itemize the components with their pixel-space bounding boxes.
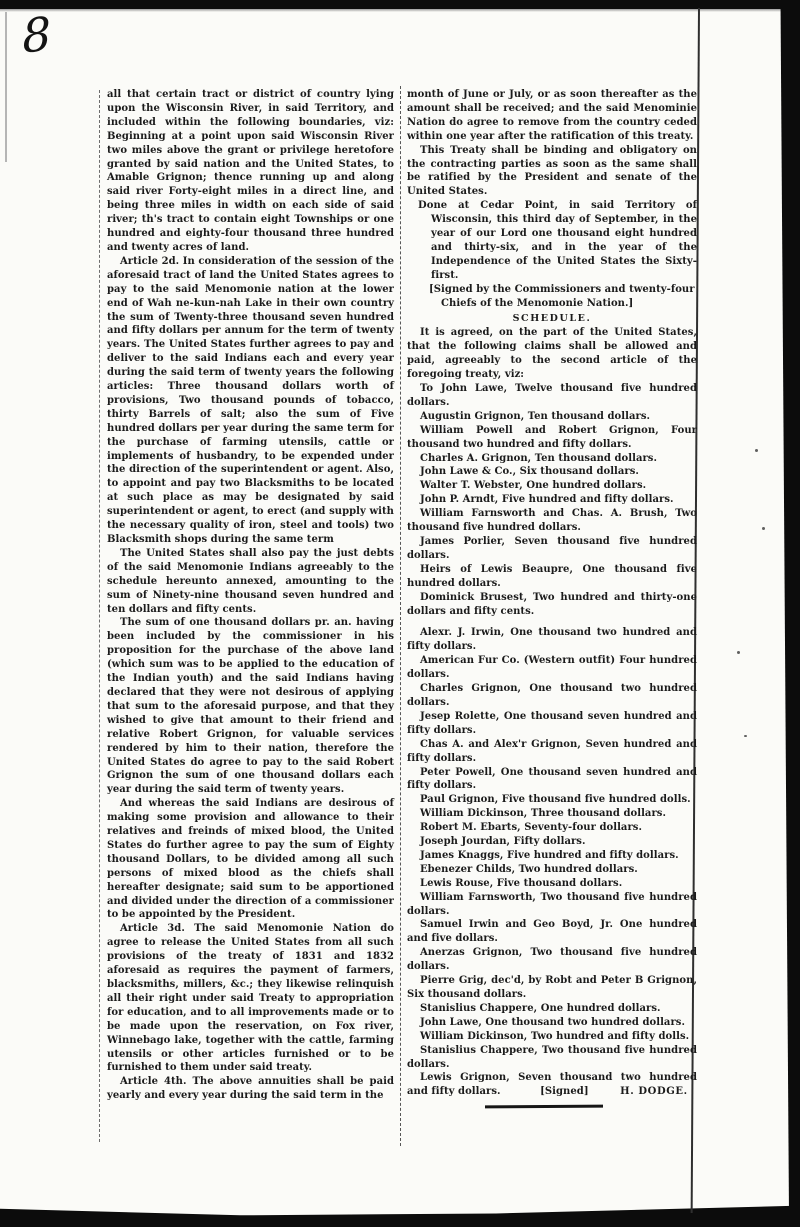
handwritten-page-number: 8 [21,6,53,64]
claim-item: Paul Grignon, Five thousand five hundred… [407,793,697,807]
claim-item: Jesep Rolette, One thousand seven hundre… [407,710,697,738]
signed-label: [Signed] [540,1086,589,1097]
left-column: all that certain tract or district of co… [107,88,394,1103]
claim-item: Charles A. Grignon, Ten thousand dollars… [407,452,697,466]
signer-name: H. DODGE. [620,1086,688,1097]
treaty-paragraph: Article 2d. In consideration of the sess… [107,255,394,547]
left-column-rule [99,90,100,1142]
claim-item: Alexr. J. Irwin, One thousand two hundre… [407,626,697,654]
treaty-paragraph: Article 4th. The above annuities shall b… [107,1075,394,1103]
right-column: month of June or July, or as soon therea… [407,88,697,1108]
treaty-paragraph: The United States shall also pay the jus… [107,547,394,617]
claim-item: Walter T. Webster, One hundred dollars. [407,479,697,493]
claim-item: Lewis Rouse, Five thousand dollars. [407,877,697,891]
scan-edge-bottom [0,1201,800,1227]
claim-item: Chas A. and Alex'r Grignon, Seven hundre… [407,738,697,766]
claim-item: William Powell and Robert Grignon, Four … [407,424,697,452]
treaty-paragraph: Article 3d. The said Menomonie Nation do… [107,922,394,1075]
claims-list: To John Lawe, Twelve thousand five hundr… [407,382,697,1071]
claim-item: Charles Grignon, One thousand two hundre… [407,682,697,710]
schedule-heading: SCHEDULE. [407,312,697,326]
claim-item: James Porlier, Seven thousand five hundr… [407,535,697,563]
claim-item: Dominick Brusest, Two hundred and thirty… [407,591,697,619]
scan-edge-left-streak [5,12,7,162]
claim-item: Augustin Grignon, Ten thousand dollars. [407,410,697,424]
claim-item: Anerzas Grignon, Two thousand five hundr… [407,946,697,974]
claim-item: John P. Arndt, Five hundred and fifty do… [407,493,697,507]
treaty-paragraph: The sum of one thousand dollars pr. an. … [107,616,394,797]
claim-item: Stanislius Chappere, Two thousand five h… [407,1044,697,1072]
claim-item: William Farnsworth and Chas. A. Brush, T… [407,507,697,535]
claim-item: William Farnsworth, Two thousand five hu… [407,891,697,919]
claim-item: Heirs of Lewis Beaupre, One thousand fiv… [407,563,697,591]
treaty-paragraph: And whereas the said Indians are desirou… [107,797,394,922]
scan-speckle [744,735,747,737]
schedule-intro: It is agreed, on the part of the United … [407,326,697,382]
treaty-paragraph: This Treaty shall be binding and obligat… [407,144,697,200]
claim-item: Ebenezer Childs, Two hundred dollars. [407,863,697,877]
scan-speckle [737,651,740,654]
signatories-note: [Signed by the Commissioners and twenty-… [407,283,697,311]
scan-speckle [755,449,758,452]
treaty-paragraph: all that certain tract or district of co… [107,88,394,255]
treaty-paragraph: month of June or July, or as soon therea… [407,88,697,144]
attestation-paragraph: Done at Cedar Point, in said Territory o… [407,199,697,282]
claim-item: William Dickinson, Two hundred and fifty… [407,1030,697,1044]
claim-item: Peter Powell, One thousand seven hundred… [407,766,697,794]
last-claim-item: Lewis Grignon, Seven thousand two hundre… [407,1071,697,1099]
claim-item: Stanislius Chappere, One hundred dollars… [407,1002,697,1016]
claim-item: William Dickinson, Three thousand dollar… [407,807,697,821]
end-of-article-rule [485,1105,603,1109]
scanned-newspaper-page: 8 all that certain tract or district of … [0,0,800,1227]
claim-item: American Fur Co. (Western outfit) Four h… [407,654,697,682]
claim-item: Samuel Irwin and Geo Boyd, Jr. One hundr… [407,918,697,946]
scan-edge-top [0,0,800,9]
claim-item: John Lawe, One thousand two hundred doll… [407,1016,697,1030]
claim-item: Pierre Grig, dec'd, by Robt and Peter B … [407,974,697,1002]
treaty-closing-paragraphs: month of June or July, or as soon therea… [407,88,697,199]
scan-speckle [762,527,765,530]
claim-item: Robert M. Ebarts, Seventy-four dollars. [407,821,697,835]
claim-item: John Lawe & Co., Six thousand dollars. [407,465,697,479]
claim-item: To John Lawe, Twelve thousand five hundr… [407,382,697,410]
claim-item: James Knaggs, Five hundred and fifty dol… [407,849,697,863]
claim-item: Joseph Jourdan, Fifty dollars. [407,835,697,849]
scan-edge-right [774,0,800,1227]
column-divider-rule [400,86,401,1146]
